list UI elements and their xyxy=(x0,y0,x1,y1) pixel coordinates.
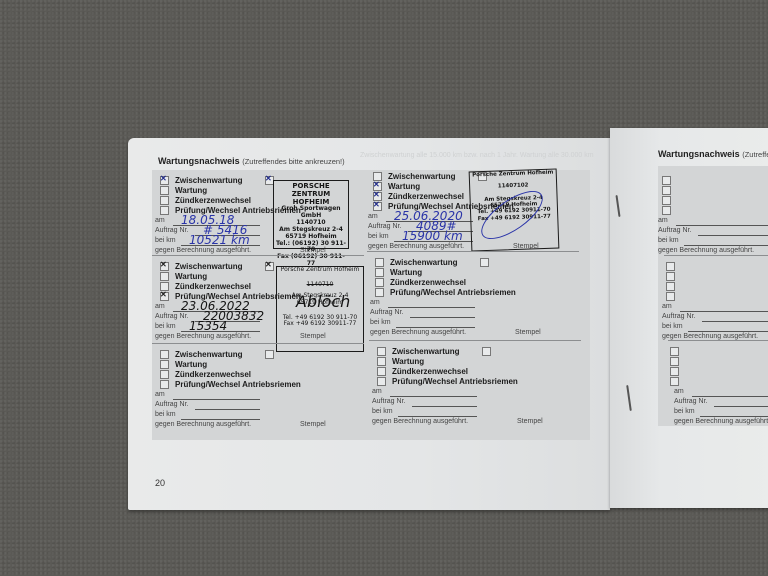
checkbox-wartung-box[interactable] xyxy=(670,357,679,366)
field-label-km: bei km xyxy=(368,233,389,240)
checkbox-zwischenwartung-box[interactable] xyxy=(377,347,386,356)
field-line-am[interactable] xyxy=(173,399,260,400)
checkbox-zwischenwartung-label: Zwischenwartung xyxy=(388,172,456,181)
checkbox-wartung[interactable]: Wartung xyxy=(375,268,422,277)
dealer-stamp: PORSCHE ZENTRUMHOFHEIMGroh Sportwagen Gm… xyxy=(273,180,349,249)
checkbox-zwischenwartung[interactable]: Zwischenwartung xyxy=(373,172,456,181)
checkbox-zuendkerzen-box[interactable] xyxy=(662,196,671,205)
berechnung-label: gegen Berechnung ausgeführt. xyxy=(658,247,754,254)
checkbox-wartung[interactable] xyxy=(662,186,677,195)
field-label-auftrag: Auftrag Nr. xyxy=(155,401,188,408)
stamp-line: Porsche Zentrum Hofheim xyxy=(277,267,363,274)
checkbox-oelwechsel[interactable] xyxy=(265,350,280,359)
checkbox-oelwechsel-box[interactable] xyxy=(265,350,274,359)
field-label-am: am xyxy=(674,388,684,395)
checkbox-wartung-label: Wartung xyxy=(392,357,424,366)
checkbox-zuendkerzen-label: Zündkerzenwechsel xyxy=(175,196,251,205)
checkbox-zwischenwartung-box[interactable] xyxy=(160,262,169,271)
checkbox-wartung-label: Wartung xyxy=(175,272,207,281)
checkbox-pruefung-box[interactable] xyxy=(375,288,384,297)
stempel-label: Stempel xyxy=(515,329,541,336)
stamp-line: 11407102 xyxy=(470,182,556,191)
checkbox-wartung-box[interactable] xyxy=(160,360,169,369)
row-separator xyxy=(369,340,581,341)
field-label-km: bei km xyxy=(662,323,683,330)
checkbox-zwischenwartung-box[interactable] xyxy=(160,350,169,359)
checkbox-wartung-box[interactable] xyxy=(160,186,169,195)
checkbox-pruefung-label: Prüfung/Wechsel Antriebsriemen xyxy=(390,288,516,297)
checkbox-wartung[interactable]: Wartung xyxy=(160,272,207,281)
checkbox-oelwechsel[interactable] xyxy=(480,258,495,267)
checkbox-zwischenwartung-label: Zwischenwartung xyxy=(175,350,243,359)
stamp-line: Tel.: (06192) 30 911-70 xyxy=(274,241,348,255)
field-line-km[interactable] xyxy=(181,419,260,420)
field-label-am: am xyxy=(155,303,165,310)
field-label-am: am xyxy=(372,388,382,395)
berechnung-label: gegen Berechnung ausgeführt. xyxy=(370,329,466,336)
checkbox-wartung-box[interactable] xyxy=(377,357,386,366)
berechnung-label: gegen Berechnung ausgeführt. xyxy=(662,333,758,340)
row-separator xyxy=(152,343,364,344)
checkbox-zuendkerzen-box[interactable] xyxy=(160,196,169,205)
stamp-line: 1140710 xyxy=(277,282,363,289)
field-label-am: am xyxy=(370,299,380,306)
checkbox-zwischenwartung[interactable]: Zwischenwartung xyxy=(375,258,458,267)
checkbox-zwischenwartung-label: Zwischenwartung xyxy=(175,176,243,185)
stamp-line: Porsche Zentrum Hofheim xyxy=(470,170,556,179)
checkbox-zwischenwartung-label: Zwischenwartung xyxy=(390,258,458,267)
field-label-auftrag: Auftrag Nr. xyxy=(368,223,401,230)
checkbox-wartung[interactable]: Wartung xyxy=(377,357,424,366)
field-line-am[interactable] xyxy=(680,311,768,312)
checkbox-zuendkerzen-label: Zündkerzenwechsel xyxy=(388,192,464,201)
checkbox-zuendkerzen-label: Zündkerzenwechsel xyxy=(175,282,251,291)
checkbox-zuendkerzen[interactable] xyxy=(666,282,681,291)
checkbox-wartung[interactable]: Wartung xyxy=(160,186,207,195)
field-label-am: am xyxy=(662,303,672,310)
checkbox-zuendkerzen[interactable]: Zündkerzenwechsel xyxy=(160,282,251,291)
checkbox-zwischenwartung-box[interactable] xyxy=(160,176,169,185)
checkbox-zwischenwartung-label: Zwischenwartung xyxy=(392,347,460,356)
signature-scribble: Ablöch xyxy=(296,292,350,311)
checkbox-pruefung-label: Prüfung/Wechsel Antriebsriemen xyxy=(175,380,301,389)
checkbox-zuendkerzen-box[interactable] xyxy=(666,282,675,291)
checkbox-zwischenwartung-box[interactable] xyxy=(666,262,675,271)
checkbox-wartung[interactable]: Wartung xyxy=(373,182,420,191)
checkbox-wartung-label: Wartung xyxy=(175,186,207,195)
field-line-am[interactable] xyxy=(676,225,768,226)
checkbox-zuendkerzen-box[interactable] xyxy=(377,367,386,376)
checkbox-zuendkerzen-label: Zündkerzenwechsel xyxy=(175,370,251,379)
checkbox-zwischenwartung[interactable]: Zwischenwartung xyxy=(160,262,243,271)
field-label-km: bei km xyxy=(155,237,176,244)
checkbox-wartung-box[interactable] xyxy=(666,272,675,281)
checkbox-pruefung-box[interactable] xyxy=(160,292,169,301)
berechnung-label: gegen Berechnung ausgeführt. xyxy=(155,421,251,428)
field-label-auftrag: Auftrag Nr. xyxy=(372,398,405,405)
field-label-km: bei km xyxy=(372,408,393,415)
checkbox-zwischenwartung[interactable] xyxy=(666,262,681,271)
checkbox-wartung-box[interactable] xyxy=(160,272,169,281)
checkbox-wartung-box[interactable] xyxy=(662,186,671,195)
field-label-am: am xyxy=(658,217,668,224)
checkbox-zuendkerzen[interactable]: Zündkerzenwechsel xyxy=(373,192,464,201)
stamp-line: Fax +49 6192 30911-77 xyxy=(277,321,363,328)
stamp-line: Groh Sportwagen GmbH xyxy=(274,206,348,220)
field-label-auftrag: Auftrag Nr. xyxy=(662,313,695,320)
checkbox-pruefung-box[interactable] xyxy=(377,377,386,386)
checkbox-wartung[interactable] xyxy=(670,357,685,366)
field-label-km: bei km xyxy=(155,323,176,330)
checkbox-zwischenwartung-box[interactable] xyxy=(670,347,679,356)
berechnung-label: gegen Berechnung ausgeführt. xyxy=(368,243,464,250)
checkbox-wartung-label: Wartung xyxy=(175,360,207,369)
field-line-km[interactable] xyxy=(398,416,477,417)
row-separator xyxy=(664,255,768,256)
row-separator xyxy=(668,340,768,341)
handwritten-km: 15354 xyxy=(189,319,227,333)
field-line-auftrag[interactable] xyxy=(412,406,477,407)
handwritten-km: 10521 km xyxy=(189,233,250,247)
field-line-am[interactable] xyxy=(390,396,477,397)
checkbox-oelwechsel-box[interactable] xyxy=(265,262,274,271)
berechnung-label: gegen Berechnung ausgeführt. xyxy=(155,333,251,340)
field-line-km[interactable] xyxy=(688,331,768,332)
field-line-km[interactable] xyxy=(700,416,768,417)
checkbox-zwischenwartung[interactable] xyxy=(670,347,685,356)
checkbox-zuendkerzen[interactable]: Zündkerzenwechsel xyxy=(375,278,466,287)
field-line-am[interactable] xyxy=(388,307,475,308)
checkbox-zwischenwartung[interactable]: Zwischenwartung xyxy=(160,350,243,359)
field-label-am: am xyxy=(155,391,165,398)
stempel-label: Stempel xyxy=(300,421,326,428)
checkbox-zuendkerzen[interactable]: Zündkerzenwechsel xyxy=(160,196,251,205)
checkbox-wartung-label: Wartung xyxy=(390,268,422,277)
checkbox-pruefung-box[interactable] xyxy=(160,380,169,389)
field-label-auftrag: Auftrag Nr. xyxy=(155,227,188,234)
checkbox-wartung-box[interactable] xyxy=(375,268,384,277)
field-label-auftrag: Auftrag Nr. xyxy=(370,309,403,316)
checkbox-zuendkerzen-box[interactable] xyxy=(375,278,384,287)
faded-header: Zwischenwartung alle 15.000 km bzw. nach… xyxy=(360,152,594,159)
field-label-km: bei km xyxy=(370,319,391,326)
checkbox-zwischenwartung[interactable]: Zwischenwartung xyxy=(160,176,243,185)
field-line-am[interactable] xyxy=(692,396,768,397)
field-label-auftrag: Auftrag Nr. xyxy=(155,313,188,320)
berechnung-label: gegen Berechnung ausgeführt. xyxy=(372,418,468,425)
checkbox-pruefung[interactable] xyxy=(666,292,681,301)
berechnung-label: gegen Berechnung ausgeführt. xyxy=(155,247,251,254)
checkbox-zwischenwartung-box[interactable] xyxy=(375,258,384,267)
berechnung-label: gegen Berechnung ausgeführt. xyxy=(674,418,768,425)
field-line-auftrag[interactable] xyxy=(714,406,768,407)
checkbox-pruefung-box[interactable] xyxy=(160,206,169,215)
checkbox-oelwechsel-box[interactable] xyxy=(482,347,491,356)
checkbox-zuendkerzen-label: Zündkerzenwechsel xyxy=(392,367,468,376)
checkbox-pruefung-box[interactable] xyxy=(670,377,679,386)
field-line-auftrag[interactable] xyxy=(698,235,768,236)
stamp-line: PORSCHE ZENTRUM xyxy=(274,182,348,198)
field-label-am: am xyxy=(368,213,378,220)
checkbox-zuendkerzen-box[interactable] xyxy=(670,367,679,376)
checkbox-pruefung[interactable]: Prüfung/Wechsel Antriebsriemen xyxy=(160,380,301,389)
checkbox-pruefung[interactable] xyxy=(670,377,685,386)
field-line-auftrag[interactable] xyxy=(702,321,768,322)
field-line-km[interactable] xyxy=(396,327,475,328)
row-separator xyxy=(152,255,364,256)
stempel-label: Stempel xyxy=(517,418,543,425)
field-line-auftrag[interactable] xyxy=(410,317,475,318)
checkbox-zuendkerzen[interactable] xyxy=(662,196,677,205)
checkbox-pruefung[interactable]: Prüfung/Wechsel Antriebsriemen xyxy=(377,377,518,386)
field-label-km: bei km xyxy=(674,408,695,415)
field-line-auftrag[interactable] xyxy=(195,409,260,410)
field-label-km: bei km xyxy=(658,237,679,244)
checkbox-pruefung[interactable] xyxy=(662,206,677,215)
checkbox-zwischenwartung-label: Zwischenwartung xyxy=(175,262,243,271)
checkbox-zwischenwartung[interactable]: Zwischenwartung xyxy=(377,347,460,356)
row-separator xyxy=(367,251,579,252)
page-title: Wartungsnachweis (Zutreffendes bitte ank… xyxy=(158,156,345,166)
checkbox-zuendkerzen[interactable]: Zündkerzenwechsel xyxy=(160,370,251,379)
checkbox-wartung[interactable]: Wartung xyxy=(160,360,207,369)
checkbox-zuendkerzen[interactable] xyxy=(670,367,685,376)
checkbox-pruefung[interactable]: Prüfung/Wechsel Antriebsriemen xyxy=(375,288,516,297)
field-line-km[interactable] xyxy=(684,245,768,246)
page-number: 20 xyxy=(155,478,165,488)
handwritten-km: 15900 km xyxy=(402,229,463,243)
field-label-am: am xyxy=(155,217,165,224)
field-label-km: bei km xyxy=(155,411,176,418)
checkbox-zuendkerzen-box[interactable] xyxy=(160,370,169,379)
field-label-auftrag: Auftrag Nr. xyxy=(658,227,691,234)
checkbox-zwischenwartung-box[interactable] xyxy=(662,176,671,185)
checkbox-oelwechsel-box[interactable] xyxy=(480,258,489,267)
checkbox-pruefung-box[interactable] xyxy=(373,202,382,211)
right-page-title: Wartungsnachweis (Zutreffendes xyxy=(658,149,768,159)
checkbox-pruefung-box[interactable] xyxy=(666,292,675,301)
checkbox-oelwechsel[interactable] xyxy=(482,347,497,356)
checkbox-pruefung-box[interactable] xyxy=(662,206,671,215)
checkbox-pruefung-label: Prüfung/Wechsel Antriebsriemen xyxy=(392,377,518,386)
checkbox-wartung[interactable] xyxy=(666,272,681,281)
checkbox-zuendkerzen-label: Zündkerzenwechsel xyxy=(390,278,466,287)
field-label-auftrag: Auftrag Nr. xyxy=(674,398,707,405)
checkbox-zwischenwartung[interactable] xyxy=(662,176,677,185)
checkbox-wartung-label: Wartung xyxy=(388,182,420,191)
checkbox-zuendkerzen[interactable]: Zündkerzenwechsel xyxy=(377,367,468,376)
